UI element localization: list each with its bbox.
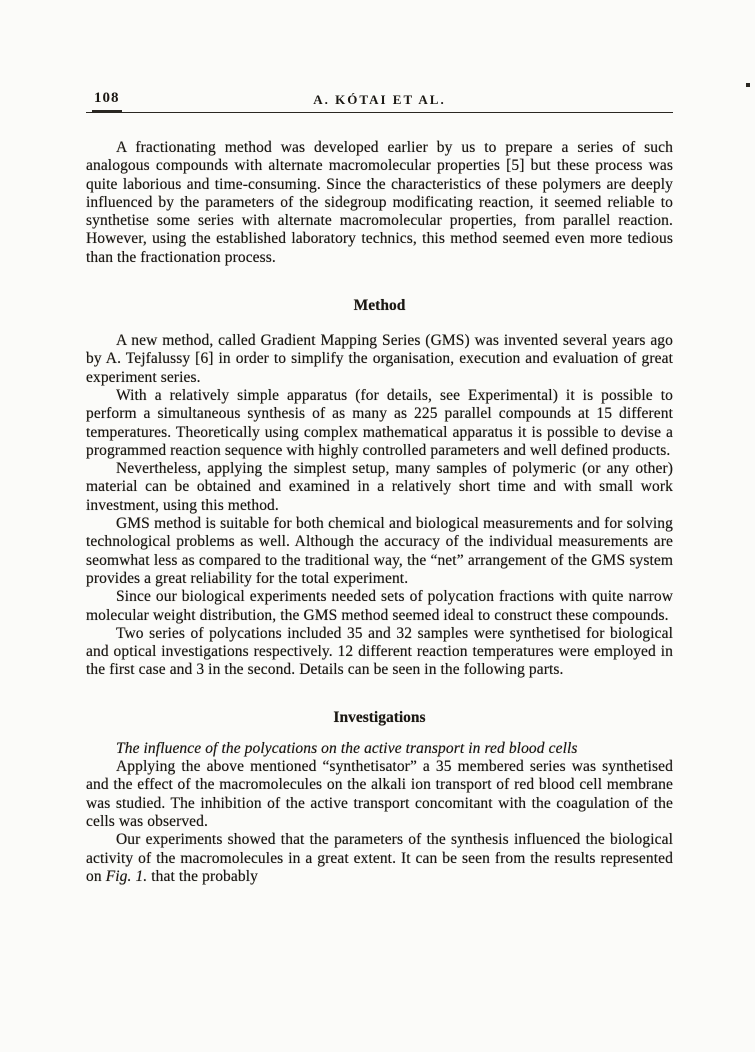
paragraph-investigations-1: Applying the above mentioned “synthetisa…: [86, 758, 673, 831]
running-header: 108 A. KÓTAI ET AL.: [86, 90, 673, 113]
section-heading-investigations: Investigations: [86, 709, 673, 727]
paragraph-intro: A fractionating method was developed ear…: [86, 139, 673, 267]
scan-artifact-speck: [746, 83, 750, 87]
running-title: A. KÓTAI ET AL.: [313, 92, 445, 108]
section-heading-method: Method: [86, 297, 673, 315]
paragraph-method-2: With a relatively simple apparatus (for …: [86, 387, 673, 460]
figure-1-reference: Fig. 1.: [106, 868, 148, 885]
subsection-heading-influence: The influence of the polycations on the …: [86, 740, 673, 758]
page-body: A fractionating method was developed ear…: [86, 139, 673, 886]
paragraph-method-1: A new method, called Gradient Mapping Se…: [86, 332, 673, 387]
paragraph-method-3: Nevertheless, applying the simplest setu…: [86, 460, 673, 515]
page-number: 108: [92, 90, 122, 112]
paragraph-investigations-2-text-after: that the probably: [147, 868, 258, 885]
paragraph-method-4: GMS method is suitable for both chemical…: [86, 515, 673, 588]
paragraph-method-5: Since our biological experiments needed …: [86, 588, 673, 625]
scanned-page: 108 A. KÓTAI ET AL. A fractionating meth…: [0, 0, 755, 1052]
paragraph-method-6: Two series of polycations included 35 an…: [86, 625, 673, 680]
paragraph-investigations-2: Our experiments showed that the paramete…: [86, 831, 673, 886]
